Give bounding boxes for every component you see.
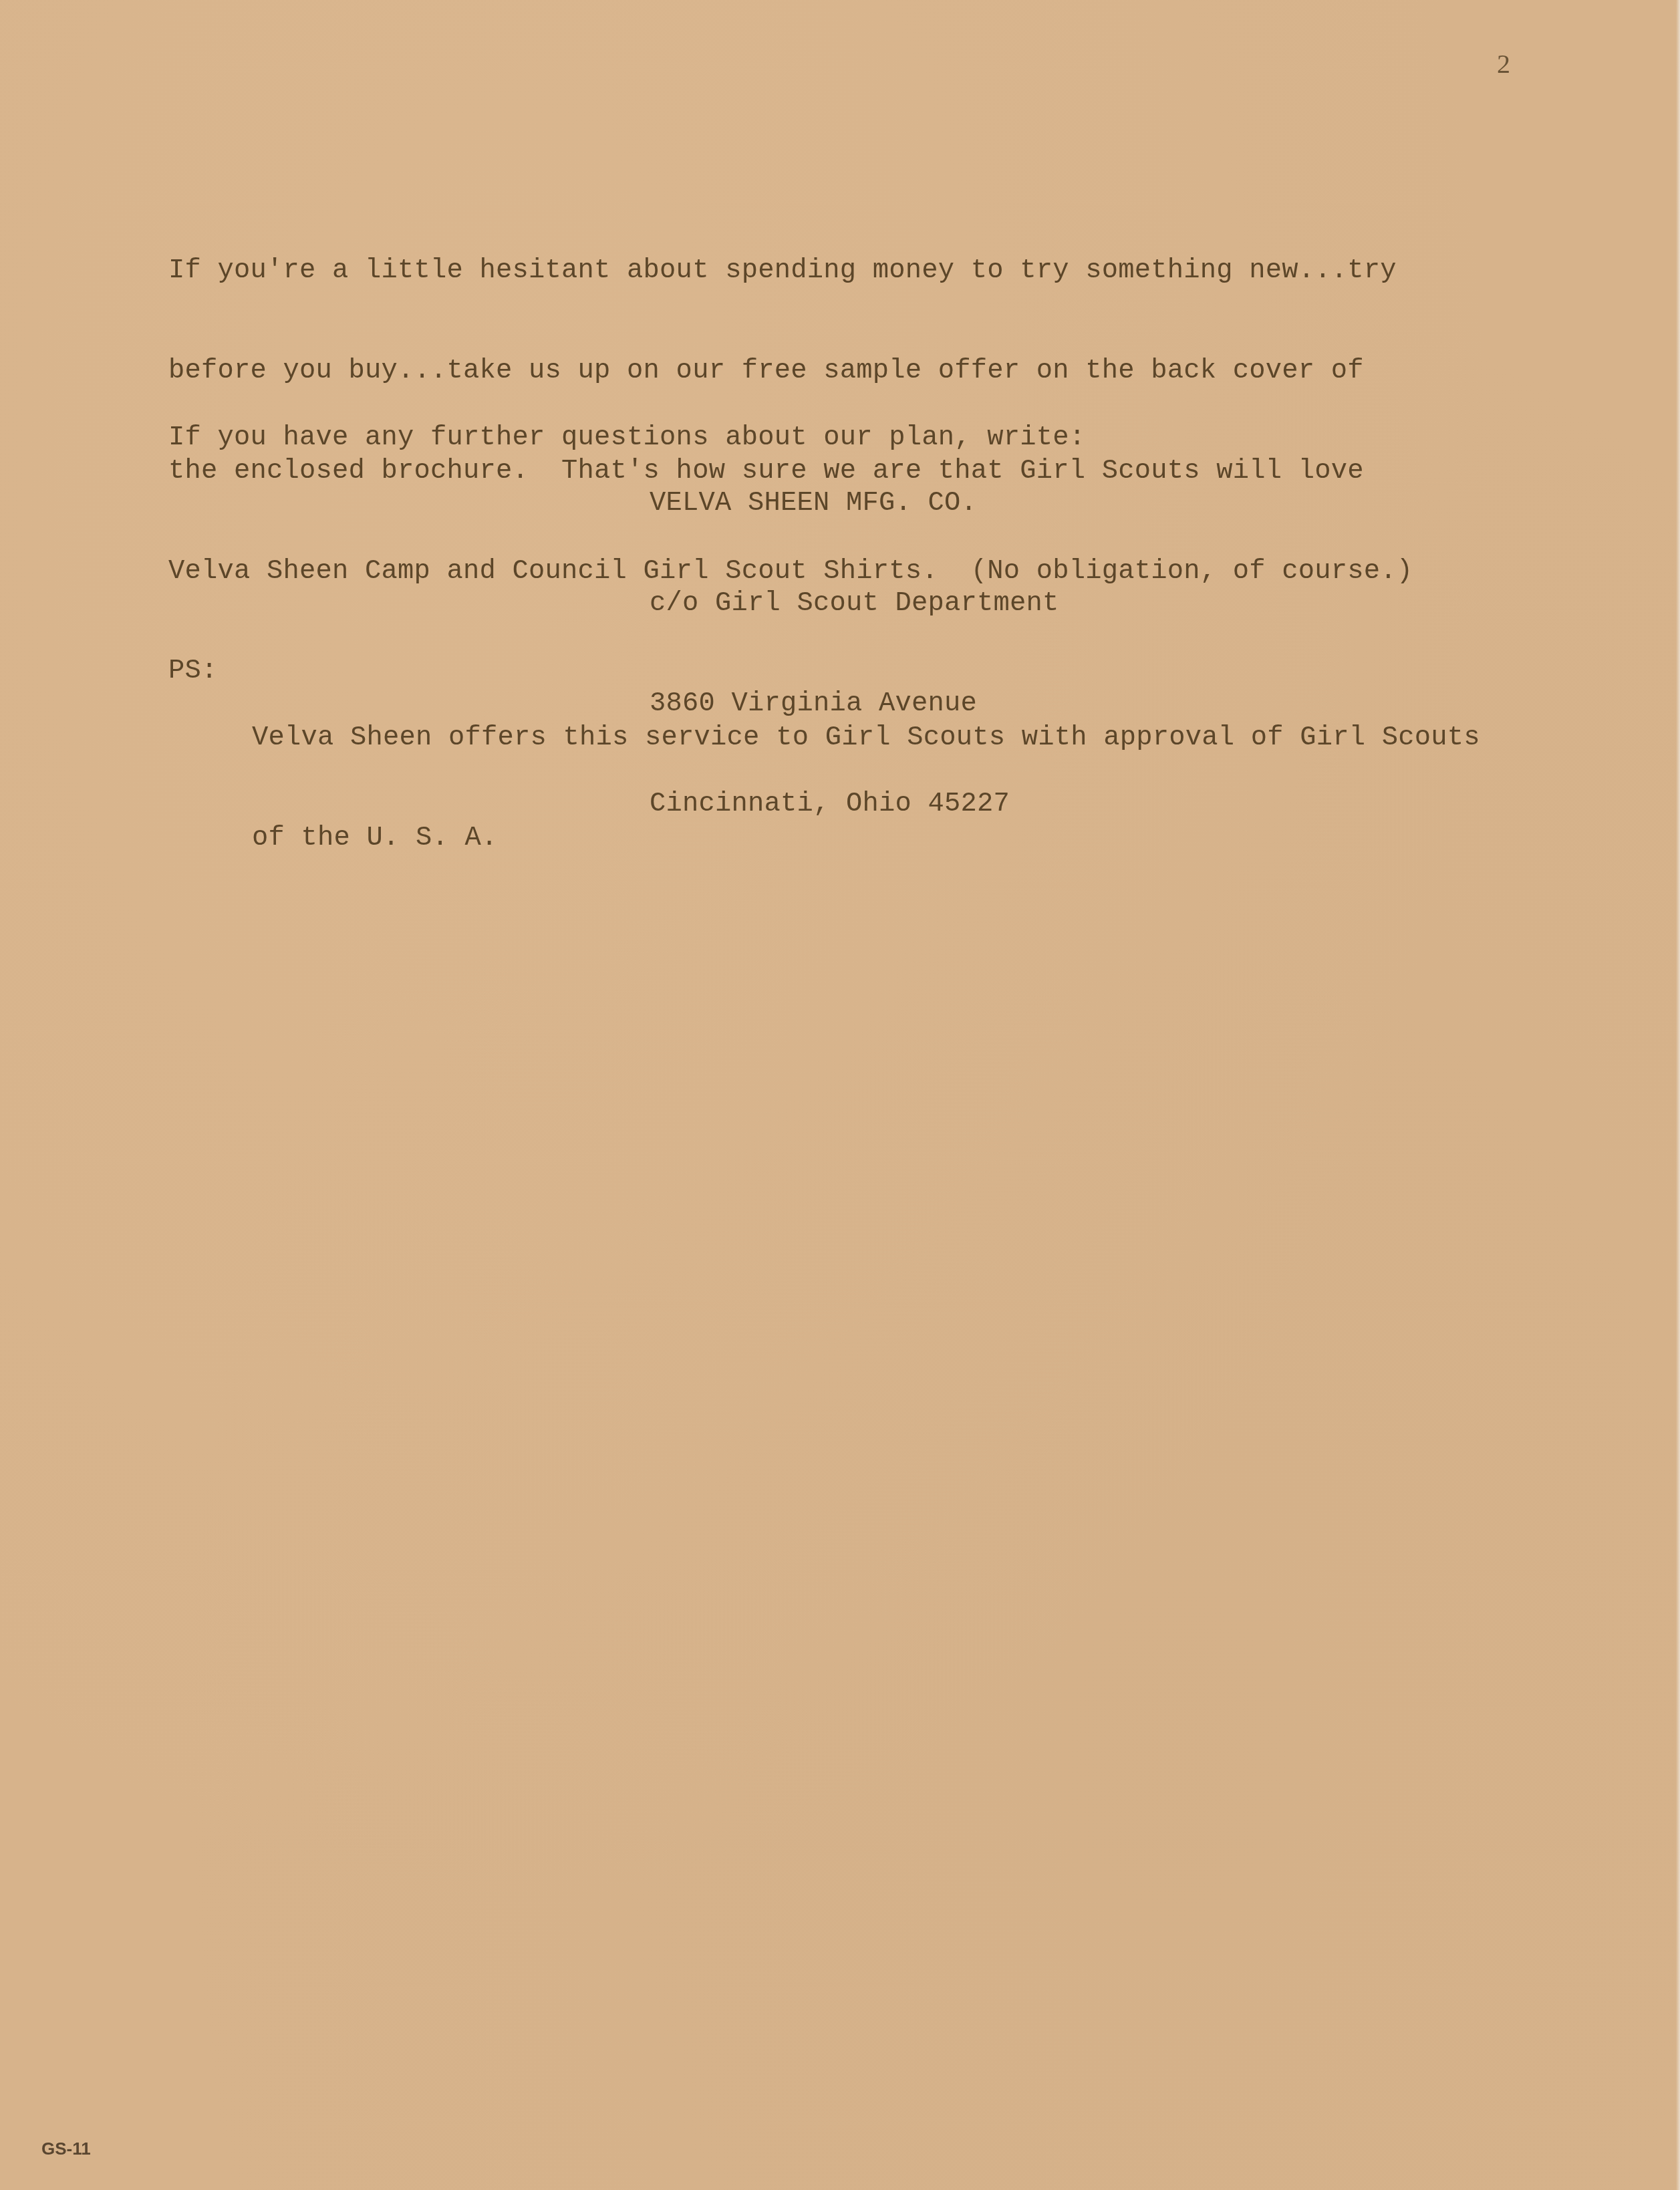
paragraph-line: If you're a little hesitant about spendi… (168, 254, 1413, 287)
address-department: c/o Girl Scout Department (650, 587, 1059, 620)
postscript-line: Velva Sheen offers this service to Girl … (252, 721, 1480, 755)
postscript-body: Velva Sheen offers this service to Girl … (252, 654, 1480, 888)
postscript-label: PS: (168, 654, 218, 688)
postscript-line: of the U. S. A. (252, 821, 1480, 855)
page-edge (1676, 0, 1680, 2190)
form-code: GS-11 (41, 2139, 91, 2159)
page-number: 2 (1497, 49, 1510, 79)
address-company: VELVA SHEEN MFG. CO. (650, 487, 1059, 520)
